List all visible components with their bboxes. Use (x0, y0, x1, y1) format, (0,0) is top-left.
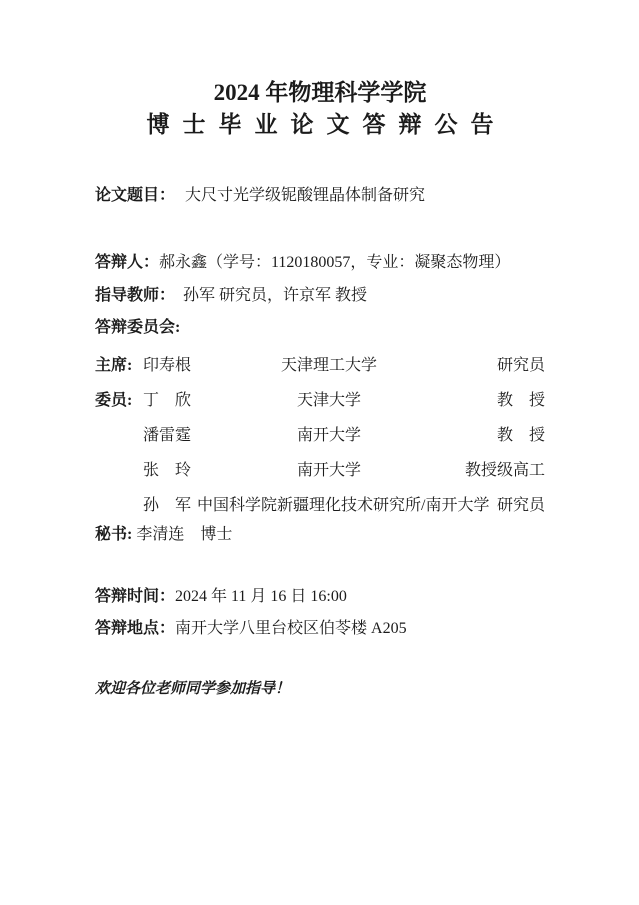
committee-member-title: 研究员 (461, 355, 545, 377)
secretary-label: 秘书: (95, 526, 132, 543)
advisors-label: 指导教师： (95, 287, 175, 304)
committee-affiliation: 南开大学 (197, 460, 461, 482)
committee-affiliation: 天津大学 (197, 390, 461, 412)
committee-member-title: 教 授 (461, 425, 545, 447)
committee-row-member: 委员: 丁 欣 天津大学 教 授 (95, 390, 545, 412)
committee-affiliation: 天津理工大学 (197, 355, 461, 377)
committee-member-title: 教授级高工 (461, 460, 545, 482)
candidate-line: 答辩人：郝永鑫（学号：1120180057，专业：凝聚态物理） (95, 252, 545, 274)
candidate-value: 郝永鑫（学号：1120180057，专业：凝聚态物理） (159, 254, 510, 271)
committee-member-name: 丁 欣 (143, 390, 197, 412)
secretary-line: 秘书: 李清连 博士 (95, 524, 545, 546)
thesis-title-value: 大尺寸光学级铌酸锂晶体制备研究 (185, 187, 425, 204)
committee-table: 主席: 印寿根 天津理工大学 研究员 委员: 丁 欣 天津大学 教 授 潘雷霆 … (95, 355, 545, 517)
defense-venue-value: 南开大学八里台校区伯苓楼 A205 (175, 620, 407, 637)
header-year-department: 2024 年物理科学学院 (95, 78, 545, 108)
committee-member-title: 教 授 (461, 390, 545, 412)
committee-member-name: 张 玲 (143, 460, 197, 482)
committee-row-member: 孙 军 中国科学院新疆理化技术研究所/南开大学 研究员 (95, 495, 545, 517)
committee-row-member: 潘雷霆 南开大学 教 授 (95, 425, 545, 447)
welcome-note: 欢迎各位老师同学参加指导！ (95, 678, 545, 700)
header-announcement-title: 博士毕业论文答辩公告 (95, 110, 545, 140)
defense-time-value: 2024 年 11 月 16 日 16:00 (175, 588, 347, 605)
advisors-value: 孙军 研究员，许京军 教授 (183, 287, 367, 304)
advisors-line: 指导教师：孙军 研究员，许京军 教授 (95, 285, 545, 307)
committee-member-name: 印寿根 (143, 355, 197, 377)
committee-member-name: 潘雷霆 (143, 425, 197, 447)
committee-heading: 答辩委员会: (95, 317, 545, 339)
defense-time-line: 答辩时间：2024 年 11 月 16 日 16:00 (95, 586, 545, 608)
committee-member-name: 孙 军 (143, 495, 197, 517)
committee-role-label: 主席: (95, 355, 143, 377)
announcement-header: 2024 年物理科学学院 博士毕业论文答辩公告 (95, 0, 545, 140)
thesis-title-line: 论文题目：大尺寸光学级铌酸锂晶体制备研究 (95, 185, 545, 207)
thesis-title-label: 论文题目： (95, 187, 175, 204)
document-body: 2024 年物理科学学院 博士毕业论文答辩公告 论文题目：大尺寸光学级铌酸锂晶体… (0, 0, 639, 700)
defense-venue-line: 答辩地点：南开大学八里台校区伯苓楼 A205 (95, 618, 545, 640)
secretary-value: 李清连 博士 (136, 526, 232, 543)
defense-time-label: 答辩时间： (95, 588, 175, 605)
committee-row-chair: 主席: 印寿根 天津理工大学 研究员 (95, 355, 545, 377)
candidate-label: 答辩人： (95, 254, 159, 271)
committee-affiliation: 南开大学 (197, 425, 461, 447)
committee-role-label: 委员: (95, 390, 143, 412)
committee-member-title: 研究员 (461, 495, 545, 517)
committee-affiliation: 中国科学院新疆理化技术研究所/南开大学 (197, 495, 461, 517)
committee-row-member: 张 玲 南开大学 教授级高工 (95, 460, 545, 482)
defense-venue-label: 答辩地点： (95, 620, 175, 637)
announcement-page: 2024 年物理科学学院 博士毕业论文答辩公告 论文题目：大尺寸光学级铌酸锂晶体… (0, 0, 639, 905)
